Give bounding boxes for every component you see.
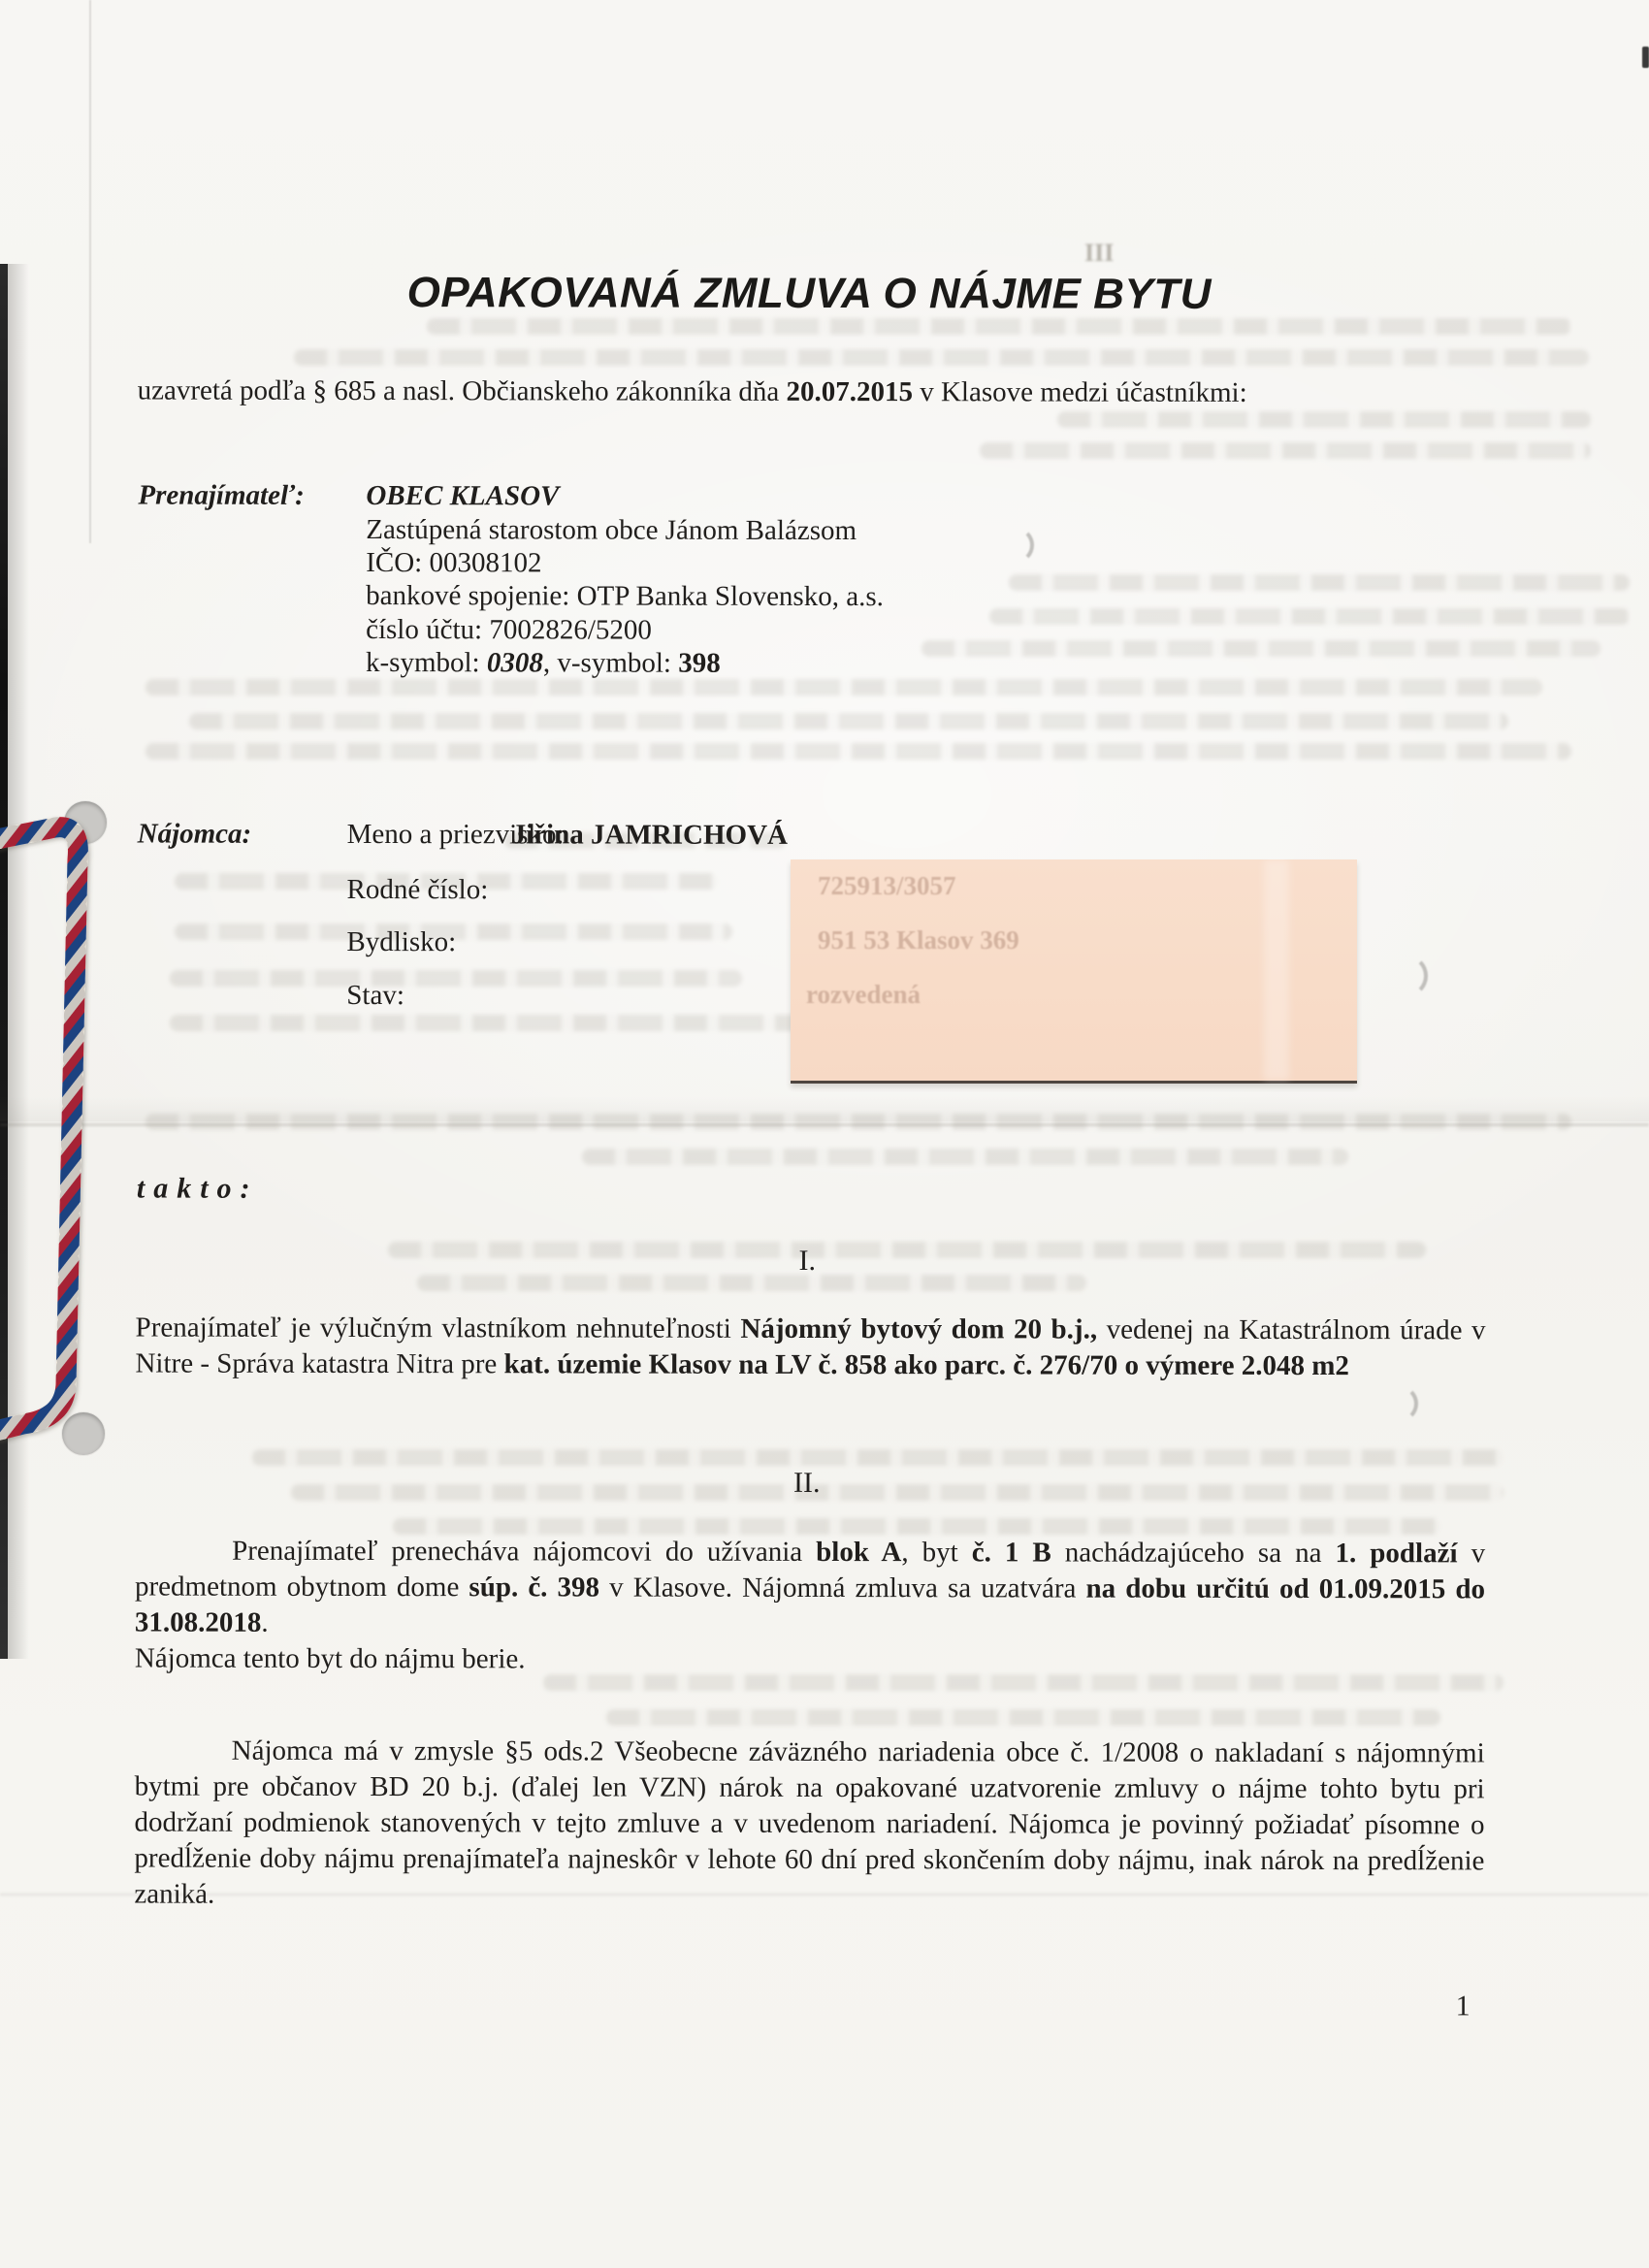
tenant-status-label: Stav: (346, 980, 404, 1012)
sticky-note-shine (1264, 859, 1289, 1081)
text-segment: č. 1 B (972, 1537, 1051, 1568)
text-segment: uzavretá podľa § 685 a nasl. Občianskeho… (138, 375, 787, 407)
text-segment: Nájomný bytový dom 20 b.j., (740, 1313, 1097, 1345)
punch-hole (62, 1412, 105, 1455)
text-segment: nachádzajúceho sa na (1051, 1537, 1336, 1569)
text-segment: súp. č. 398 (469, 1571, 599, 1603)
tenant-name: Jiřina JAMRICHOVÁ (512, 819, 788, 852)
covered-address: 951 53 Klasov 369 (818, 925, 1019, 956)
landlord-symbols: k-symbol: 0308, v-symbol: 398 (366, 647, 721, 680)
scanned-contract-page: III OPAKOVANÁ ZMLUVA O NÁJME BYTU uzavre… (0, 0, 1649, 2268)
document-title: OPAKOVANÁ ZMLUVA O NÁJME BYTU (118, 268, 1501, 319)
tenant-label: Nájomca: (138, 819, 252, 851)
intro-line: uzavretá podľa § 685 a nasl. Občianskeho… (138, 375, 1247, 409)
section-2-numeral: II. (115, 1465, 1498, 1501)
page-number: 1 (1434, 1990, 1492, 2023)
text-segment: 20.07.2015 (786, 376, 913, 407)
text-segment: Prenajímateľ je výlučným vlastníkom nehn… (136, 1312, 741, 1345)
section-2-paragraph-1: Prenajímateľ prenecháva nájomcovi do uží… (135, 1534, 1485, 1644)
text-segment: 0308 (487, 647, 543, 678)
landlord-representative: Zastúpená starostom obce Jánom Balázsom (366, 514, 857, 547)
text-segment: Prenajímateľ prenecháva nájomcovi do uží… (232, 1536, 816, 1568)
section-2-block: Prenajímateľ prenecháva nájomcovi do uží… (135, 1534, 1485, 1680)
text-segment: 1. podlaží (1336, 1538, 1458, 1569)
landlord-account: číslo účtu: 7002826/5200 (366, 614, 652, 647)
text-segment: kat. územie Klasov na LV č. 858 ako parc… (504, 1348, 1349, 1381)
text-segment: , v-symbol: (543, 647, 678, 678)
text-segment: 398 (678, 648, 721, 679)
section-2-paragraph-2: Nájomca tento byt do nájmu berie. (135, 1641, 1485, 1680)
covered-birth-number: 725913/3057 (818, 871, 956, 901)
landlord-label: Prenajímateľ: (138, 480, 304, 512)
redaction-sticky-note: 725913/3057 951 53 Klasov 369 rozvedená (791, 859, 1357, 1084)
text-segment: , byt (901, 1537, 971, 1568)
text-segment: v Klasove. Nájomná zmluva sa uzatvára (599, 1572, 1086, 1604)
tenant-birth-label: Rodné číslo: (346, 874, 488, 906)
text-segment: . (261, 1607, 268, 1638)
document-content: OPAKOVANÁ ZMLUVA O NÁJME BYTU uzavretá p… (0, 0, 1649, 2268)
section-1-paragraph: Prenajímateľ je výlučným vlastníkom nehn… (135, 1311, 1485, 1385)
covered-status: rozvedená (806, 980, 921, 1010)
section-2-paragraph-3: Nájomca má v zmysle §5 ods.2 Všeobecne z… (134, 1733, 1484, 1916)
takto-label: takto: (137, 1173, 259, 1206)
landlord-name: OBEC KLASOV (366, 480, 559, 512)
section-1-numeral: I. (116, 1243, 1499, 1279)
text-segment: blok A (816, 1537, 901, 1568)
tenant-address-label: Bydlisko: (346, 926, 456, 958)
landlord-ico: IČO: 00308102 (366, 547, 541, 579)
text-segment: k-symbol: (366, 647, 487, 678)
landlord-bank: bankové spojenie: OTP Banka Slovensko, a… (366, 580, 884, 613)
text-segment: v Klasove medzi účastníkmi: (913, 376, 1247, 408)
punch-hole (64, 801, 107, 844)
